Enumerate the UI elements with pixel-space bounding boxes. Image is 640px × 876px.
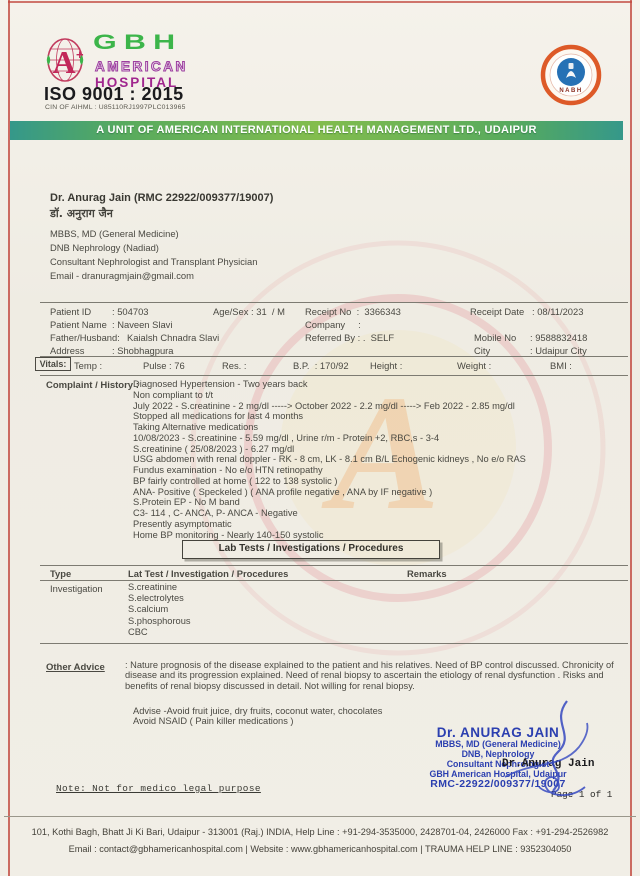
lab-table-line-bottom — [40, 643, 628, 644]
history-line: ANA- Positive ( Speckeled ) ( ANA profil… — [133, 487, 526, 498]
unit-banner: A UNIT OF AMERICAN INTERNATIONAL HEALTH … — [10, 121, 623, 140]
page-border-right — [630, 0, 632, 876]
page-border-top — [8, 1, 632, 3]
father-husband-value: Kaialsh Chnadra Slavi — [127, 332, 219, 343]
history-line: BP fairly controlled at home ( 122 to 13… — [133, 476, 526, 487]
doctor-degree-2: DNB Nephrology (Nadiad) — [50, 242, 273, 253]
footer: 101, Kothi Bagh, Bhatt Ji Ki Bari, Udaip… — [16, 824, 624, 858]
age-sex: Age/Sex : 31 / M — [213, 306, 285, 317]
patient-name-label: Patient Name — [50, 319, 107, 330]
company: Company : — [305, 319, 361, 330]
mobile-value: : 9588832418 — [530, 332, 587, 343]
history-line: Diagnosed Hypertension - Two years back — [133, 379, 526, 390]
lab-table-line-header — [40, 580, 628, 581]
typed-doctor-name: Dr.Anurag Jain — [502, 758, 594, 770]
vital-temp: Temp : — [74, 360, 102, 371]
history-line: S.Protein EP - No M band — [133, 497, 526, 508]
lab-item: S.creatinine — [128, 582, 191, 593]
city-label: City — [474, 345, 490, 356]
lab-col-type: Type — [50, 568, 71, 579]
nabh-label: NABH — [559, 88, 582, 94]
doctor-name-hindi: डॉ. अनुराग जैन — [50, 206, 273, 221]
doctor-designation: Consultant Nephrologist and Transplant P… — [50, 256, 273, 267]
scanned-prescription-page: A A + GBH AMERICAN HOSPITAL ISO 9001 : 2… — [0, 0, 640, 876]
lab-col-remarks: Remarks — [407, 568, 447, 579]
doctor-info-block: Dr. Anurag Jain (RMC 22922/009377/19007)… — [50, 192, 273, 281]
nabh-logo-icon: NABH — [539, 42, 603, 108]
lab-item: S.phosphorous — [128, 616, 191, 627]
other-advice-text: : Nature prognosis of the disease explai… — [125, 660, 629, 691]
advice-line-2: Avoid NSAID ( Pain killer medications ) — [133, 716, 294, 726]
advice-line-1: Advise -Avoid fruit juice, dry fruits, c… — [133, 706, 382, 716]
referred-by: Referred By : . SELF — [305, 332, 394, 343]
medico-legal-note: Note: Not for medico legal purpose — [56, 783, 261, 794]
footer-divider — [4, 816, 636, 817]
address-label: Address — [50, 345, 84, 356]
svg-text:A: A — [52, 44, 75, 80]
receipt-date-value: : 08/11/2023 — [532, 306, 583, 317]
history-line: Fundus examination - No e/o HTN retinopa… — [133, 465, 526, 476]
lab-item: S.calcium — [128, 604, 191, 615]
lab-row-type: Investigation — [50, 583, 103, 594]
patient-name-value: : Naveen Slavi — [112, 319, 172, 330]
address-value: : Shobhagpura — [112, 345, 174, 356]
lab-item: S.electrolytes — [128, 593, 191, 604]
iso-certification: ISO 9001 : 2015 — [44, 84, 184, 105]
history-line: USG abdomen with renal doppler - RK - 8 … — [133, 454, 526, 465]
patient-id-label: Patient ID — [50, 306, 91, 317]
history-line: Taking Alternative medications — [133, 422, 526, 433]
stamp-doctor-name: Dr. ANURAG JAIN — [408, 726, 588, 739]
history-line: Presently asymptomatic — [133, 519, 526, 530]
history-line: 10/08/2023 - S.creatinine - 5.59 mg/dl ,… — [133, 433, 526, 444]
vital-bp: B.P. : 170/92 — [293, 360, 349, 371]
gbh-logo-globe-icon: A + — [46, 36, 86, 84]
lab-col-test: Lat Test / Investigation / Procedures — [128, 568, 288, 579]
patient-id-value: : 504703 — [112, 306, 149, 317]
logo-gbh-text: GBH — [93, 31, 182, 55]
leaf-left-icon — [47, 55, 51, 65]
vital-height: Height : — [370, 360, 402, 371]
patient-divider-top — [40, 302, 628, 303]
history-lines: Diagnosed Hypertension - Two years back … — [133, 379, 526, 540]
lab-item: CBC — [128, 627, 191, 638]
vitals-divider-top — [40, 356, 628, 357]
father-husband-label: Father/Husband: — [50, 332, 120, 343]
history-line: Home BP monitoring - Nearly 140-150 syst… — [133, 530, 526, 541]
history-line: Stopped all medications for last 4 month… — [133, 411, 526, 422]
doctor-name: Dr. Anurag Jain (RMC 22922/009377/19007) — [50, 192, 273, 204]
footer-contact: Email : contact@gbhamericanhospital.com … — [16, 841, 624, 858]
lab-table-line-top — [40, 565, 628, 566]
vitals-divider-bottom — [40, 375, 628, 376]
history-label: Complaint / History : — [46, 380, 139, 391]
logo-american-text: AMERICAN — [95, 59, 188, 74]
vital-bmi: BMI : — [550, 360, 572, 371]
lab-items: S.creatinine S.electrolytes S.calcium S.… — [128, 582, 191, 638]
history-line: S.creatinine ( 25/08/2023 ) - 6.27 mg/dl — [133, 444, 526, 455]
cin-number: CIN OF AIHML : U85110RJ1997PLC013965 — [45, 104, 186, 111]
history-line: Non compliant to t/t — [133, 390, 526, 401]
history-line: July 2022 - S.creatinine - 2 mg/dl -----… — [133, 401, 526, 412]
city-value: : Udaipur City — [530, 345, 587, 356]
stamp-degree: MBBS, MD (General Medicine) — [408, 739, 588, 749]
lab-tests-title-box: Lab Tests / Investigations / Procedures — [182, 540, 440, 559]
history-line: C3- 114 , C- ANCA, P- ANCA - Negative — [133, 508, 526, 519]
receipt-date-label: Receipt Date — [470, 306, 524, 317]
vital-res: Res. : — [222, 360, 247, 371]
doctor-degree-1: MBBS, MD (General Medicine) — [50, 228, 273, 239]
mobile-label: Mobile No — [474, 332, 516, 343]
doctor-email: Email - dranuragmjain@gmail.com — [50, 270, 273, 281]
vitals-label: Vitals: — [35, 357, 71, 371]
vital-pulse: Pulse : 76 — [143, 360, 185, 371]
receipt-no: Receipt No : 3366343 — [305, 306, 401, 317]
vital-weight: Weight : — [457, 360, 491, 371]
footer-address: 101, Kothi Bagh, Bhatt Ji Ki Bari, Udaip… — [16, 824, 624, 841]
other-advice-label: Other Advice — [46, 662, 105, 673]
page-number: Page 1 of 1 — [551, 789, 612, 800]
svg-text:+: + — [76, 47, 84, 62]
